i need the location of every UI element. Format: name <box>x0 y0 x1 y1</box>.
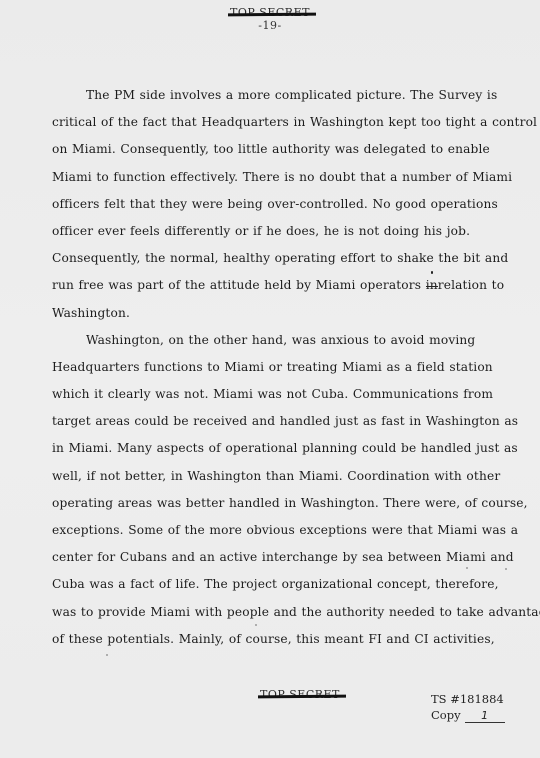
document-page: TOP SECRET -19- The PM side involves a m… <box>0 0 540 758</box>
text-line: on Miami. Consequently, too little autho… <box>52 136 530 163</box>
struck-out-word: in <box>426 272 438 299</box>
text-line: was to provide Miami with people and the… <box>52 599 530 626</box>
header-classification-marking: TOP SECRET <box>0 6 540 19</box>
copy-line: Copy 1 <box>431 707 505 723</box>
text-line: well, if not better, in Washington than … <box>52 463 530 490</box>
footer-classification-marking: TOP SECRET <box>260 688 340 701</box>
text-line: of these potentials. Mainly, of course, … <box>52 626 530 653</box>
control-number: TS #181884 <box>431 691 505 707</box>
text-line: which it clearly was not. Miami was not … <box>52 381 530 408</box>
paper-speck <box>255 624 257 626</box>
paper-speck <box>466 567 468 569</box>
text-line: Consequently, the normal, healthy operat… <box>52 245 530 272</box>
text-line: Miami to function effectively. There is … <box>52 164 530 191</box>
struck-classification-text: TOP SECRET <box>260 688 340 701</box>
text-line: Cuba was a fact of life. The project org… <box>52 571 530 598</box>
text-line: Washington. <box>52 300 530 327</box>
control-number-block: TS #181884 Copy 1 <box>431 691 505 723</box>
text-line: in Miami. Many aspects of operational pl… <box>52 435 530 462</box>
text-line-with-correction: run free was part of the attitude held b… <box>52 272 530 299</box>
struck-classification-text: TOP SECRET <box>230 6 310 19</box>
text-line: center for Cubans and an active intercha… <box>52 544 530 571</box>
text-line: The PM side involves a more complicated … <box>52 82 530 109</box>
text-line: critical of the fact that Headquarters i… <box>52 109 530 136</box>
text-line: target areas could be received and handl… <box>52 408 530 435</box>
text-line: operating areas was better handled in Wa… <box>52 490 530 517</box>
document-body: The PM side involves a more complicated … <box>52 82 530 653</box>
copy-label: Copy <box>431 707 461 723</box>
paper-speck <box>106 654 108 656</box>
text-line: officers felt that they were being over-… <box>52 191 530 218</box>
paper-speck <box>505 568 507 570</box>
text-line: officer ever feels differently or if he … <box>52 218 530 245</box>
page-number: -19- <box>0 19 540 32</box>
copy-number-handwritten: 1 <box>465 709 505 723</box>
text-line: Headquarters functions to Miami or treat… <box>52 354 530 381</box>
text-segment: run free was part of the attitude held b… <box>52 278 426 292</box>
text-line: Washington, on the other hand, was anxio… <box>52 327 530 354</box>
text-segment: relation to <box>438 278 504 292</box>
text-line: exceptions. Some of the more obvious exc… <box>52 517 530 544</box>
